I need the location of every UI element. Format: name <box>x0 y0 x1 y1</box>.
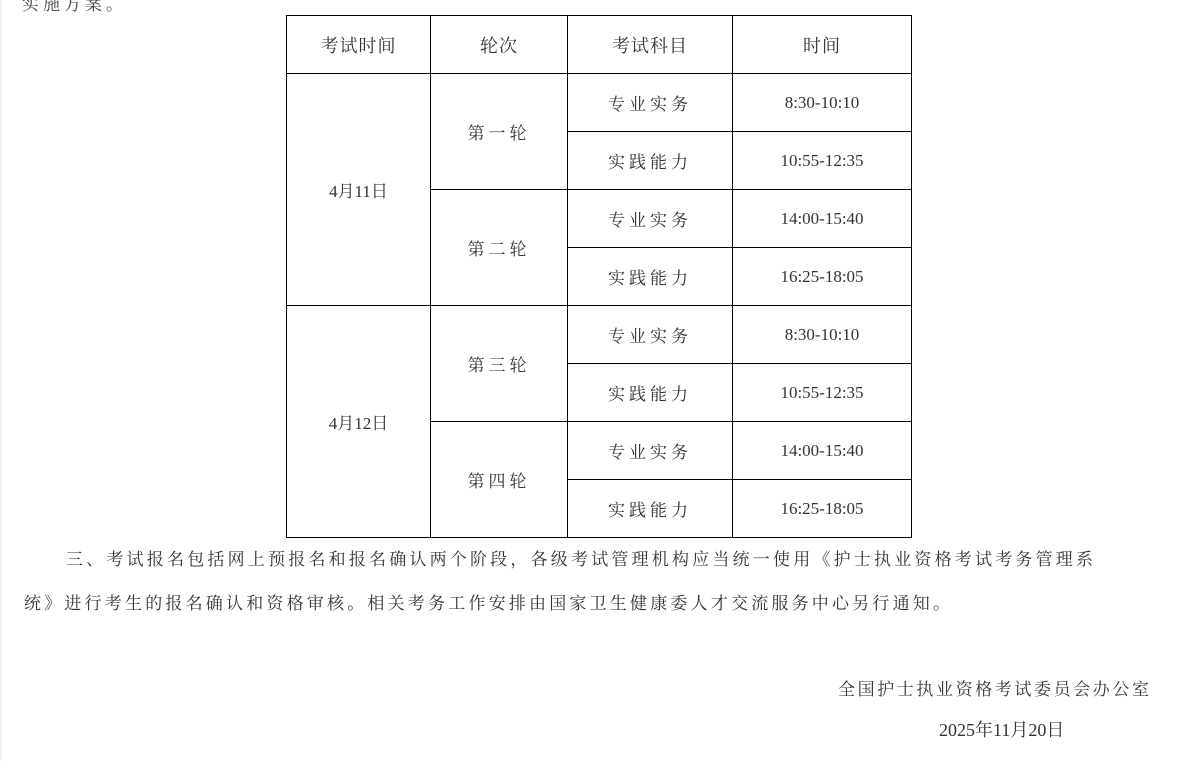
issuing-organization: 全国护士执业资格考试委员会办公室 <box>838 675 1152 700</box>
round-cell: 第四轮 <box>431 422 568 538</box>
subject-cell: 专业实务 <box>568 74 733 132</box>
cut-off-text: 实施方案。 <box>22 0 127 15</box>
time-cell: 16:25-18:05 <box>733 480 912 538</box>
subject-cell: 实践能力 <box>568 364 733 422</box>
subject-cell: 实践能力 <box>568 248 733 306</box>
round-cell: 第三轮 <box>431 306 568 422</box>
table-row: 4月11日 第一轮 专业实务 8:30-10:10 <box>287 74 912 132</box>
exam-date-cell: 4月12日 <box>287 306 431 538</box>
header-subject: 考试科目 <box>568 16 733 74</box>
time-cell: 14:00-15:40 <box>733 422 912 480</box>
time-cell: 16:25-18:05 <box>733 248 912 306</box>
subject-cell: 专业实务 <box>568 422 733 480</box>
paragraph-line-2: 统》进行考生的报名确认和资格审核。相关考务工作安排由国家卫生健康委人才交流服务中… <box>24 589 953 614</box>
table-header-row: 考试时间 轮次 考试科目 时间 <box>287 16 912 74</box>
table-row: 4月12日 第三轮 专业实务 8:30-10:10 <box>287 306 912 364</box>
time-cell: 8:30-10:10 <box>733 74 912 132</box>
time-cell: 10:55-12:35 <box>733 364 912 422</box>
subject-cell: 专业实务 <box>568 190 733 248</box>
time-cell: 14:00-15:40 <box>733 190 912 248</box>
header-exam-date: 考试时间 <box>287 16 431 74</box>
subject-cell: 实践能力 <box>568 132 733 190</box>
time-cell: 8:30-10:10 <box>733 306 912 364</box>
header-round: 轮次 <box>431 16 568 74</box>
exam-schedule-table: 考试时间 轮次 考试科目 时间 4月11日 第一轮 专业实务 8:30-10:1… <box>286 15 912 538</box>
page-left-edge <box>0 0 2 761</box>
round-cell: 第二轮 <box>431 190 568 306</box>
exam-date-cell: 4月11日 <box>287 74 431 306</box>
time-cell: 10:55-12:35 <box>733 132 912 190</box>
subject-cell: 实践能力 <box>568 480 733 538</box>
issue-date: 2025年11月20日 <box>939 716 1064 742</box>
header-time: 时间 <box>733 16 912 74</box>
paragraph-line-1: 三、考试报名包括网上预报名和报名确认两个阶段，各级考试管理机构应当统一使用《护士… <box>66 545 1096 570</box>
round-cell: 第一轮 <box>431 74 568 190</box>
subject-cell: 专业实务 <box>568 306 733 364</box>
